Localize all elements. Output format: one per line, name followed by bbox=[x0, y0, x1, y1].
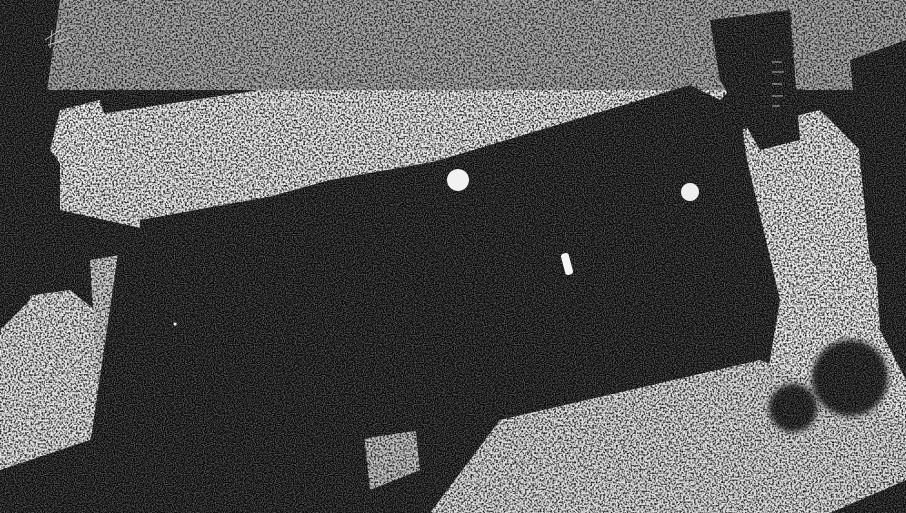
texture-artwork bbox=[0, 0, 906, 513]
grunge-texture-image bbox=[0, 0, 906, 513]
